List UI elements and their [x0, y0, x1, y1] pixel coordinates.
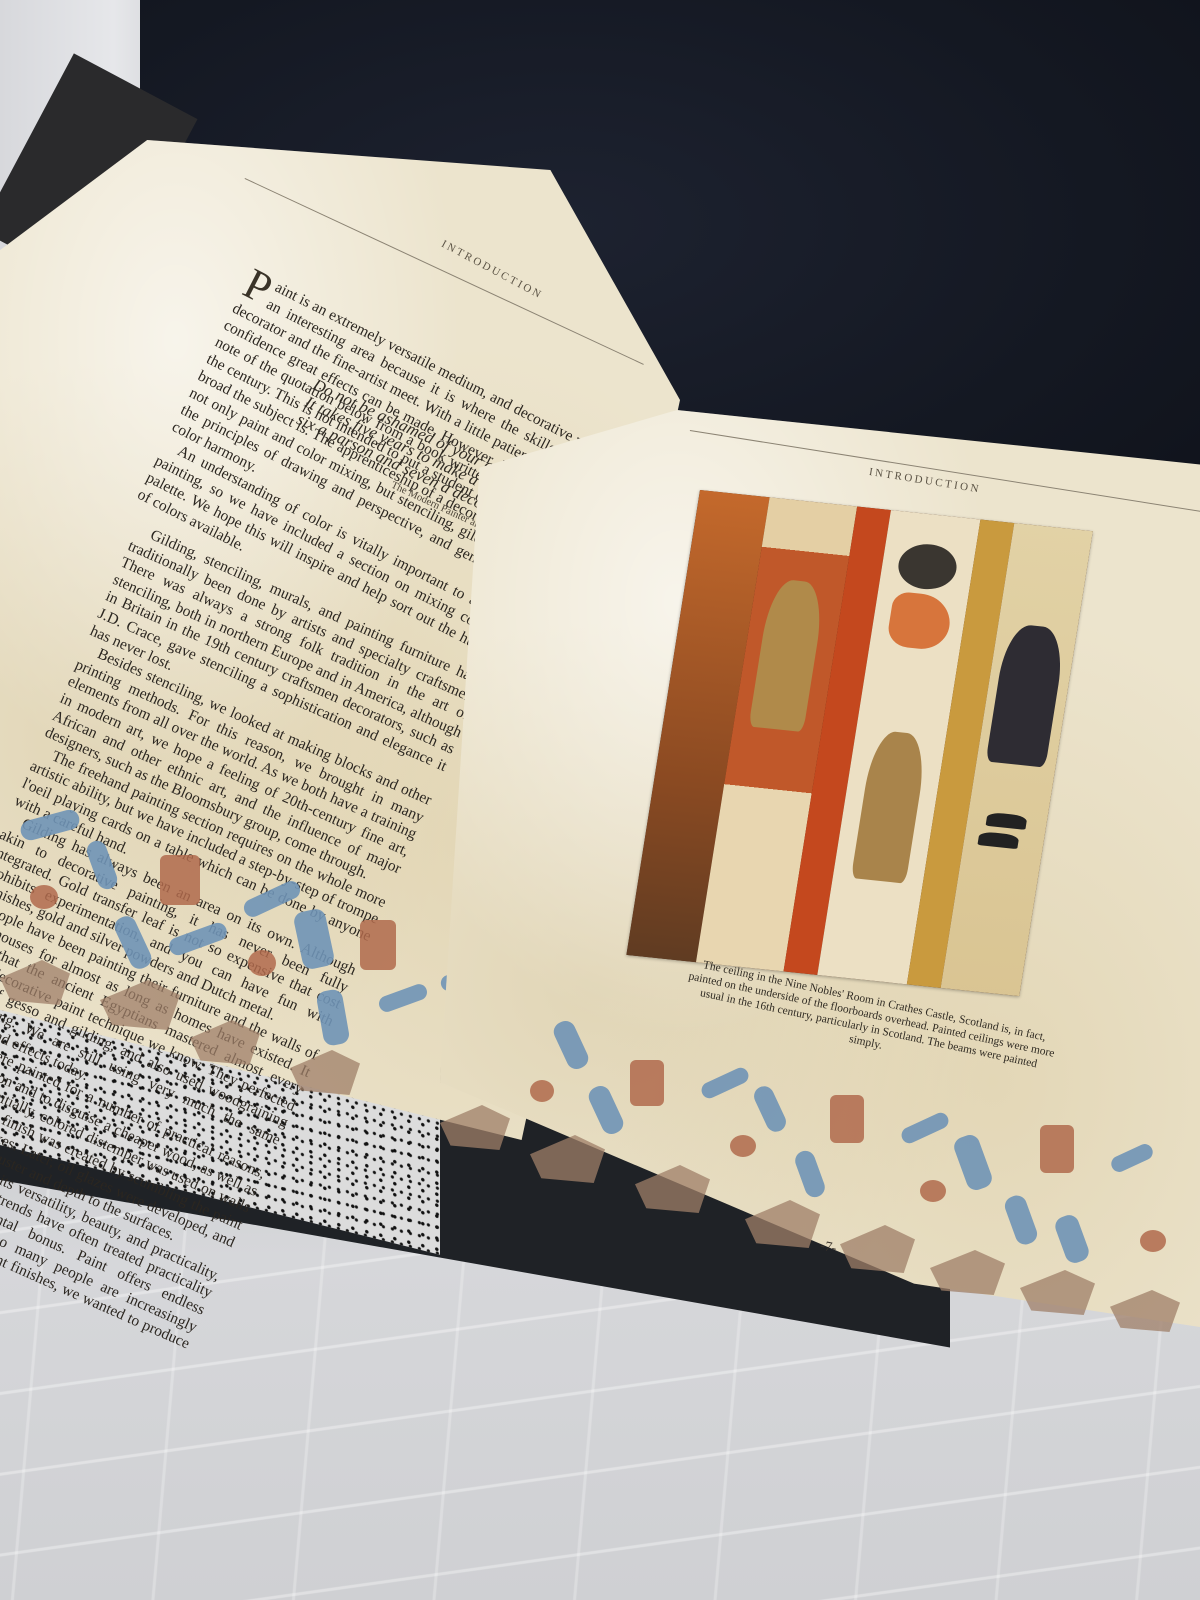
rust-dot-stamp — [248, 950, 276, 976]
rust-k-stamp — [160, 855, 200, 905]
rust-k-stamp — [1040, 1125, 1074, 1173]
rust-dot-stamp — [730, 1135, 756, 1157]
rust-dot-stamp — [530, 1080, 554, 1102]
ceiling-photo — [626, 490, 1092, 996]
page-number: -7- — [819, 1238, 838, 1257]
rust-k-stamp — [830, 1095, 864, 1143]
rust-k-stamp — [360, 920, 396, 970]
rust-dot-stamp — [920, 1180, 946, 1202]
rust-k-stamp — [630, 1060, 664, 1106]
rust-dot-stamp — [30, 885, 58, 909]
rust-dot-stamp — [1140, 1230, 1166, 1252]
